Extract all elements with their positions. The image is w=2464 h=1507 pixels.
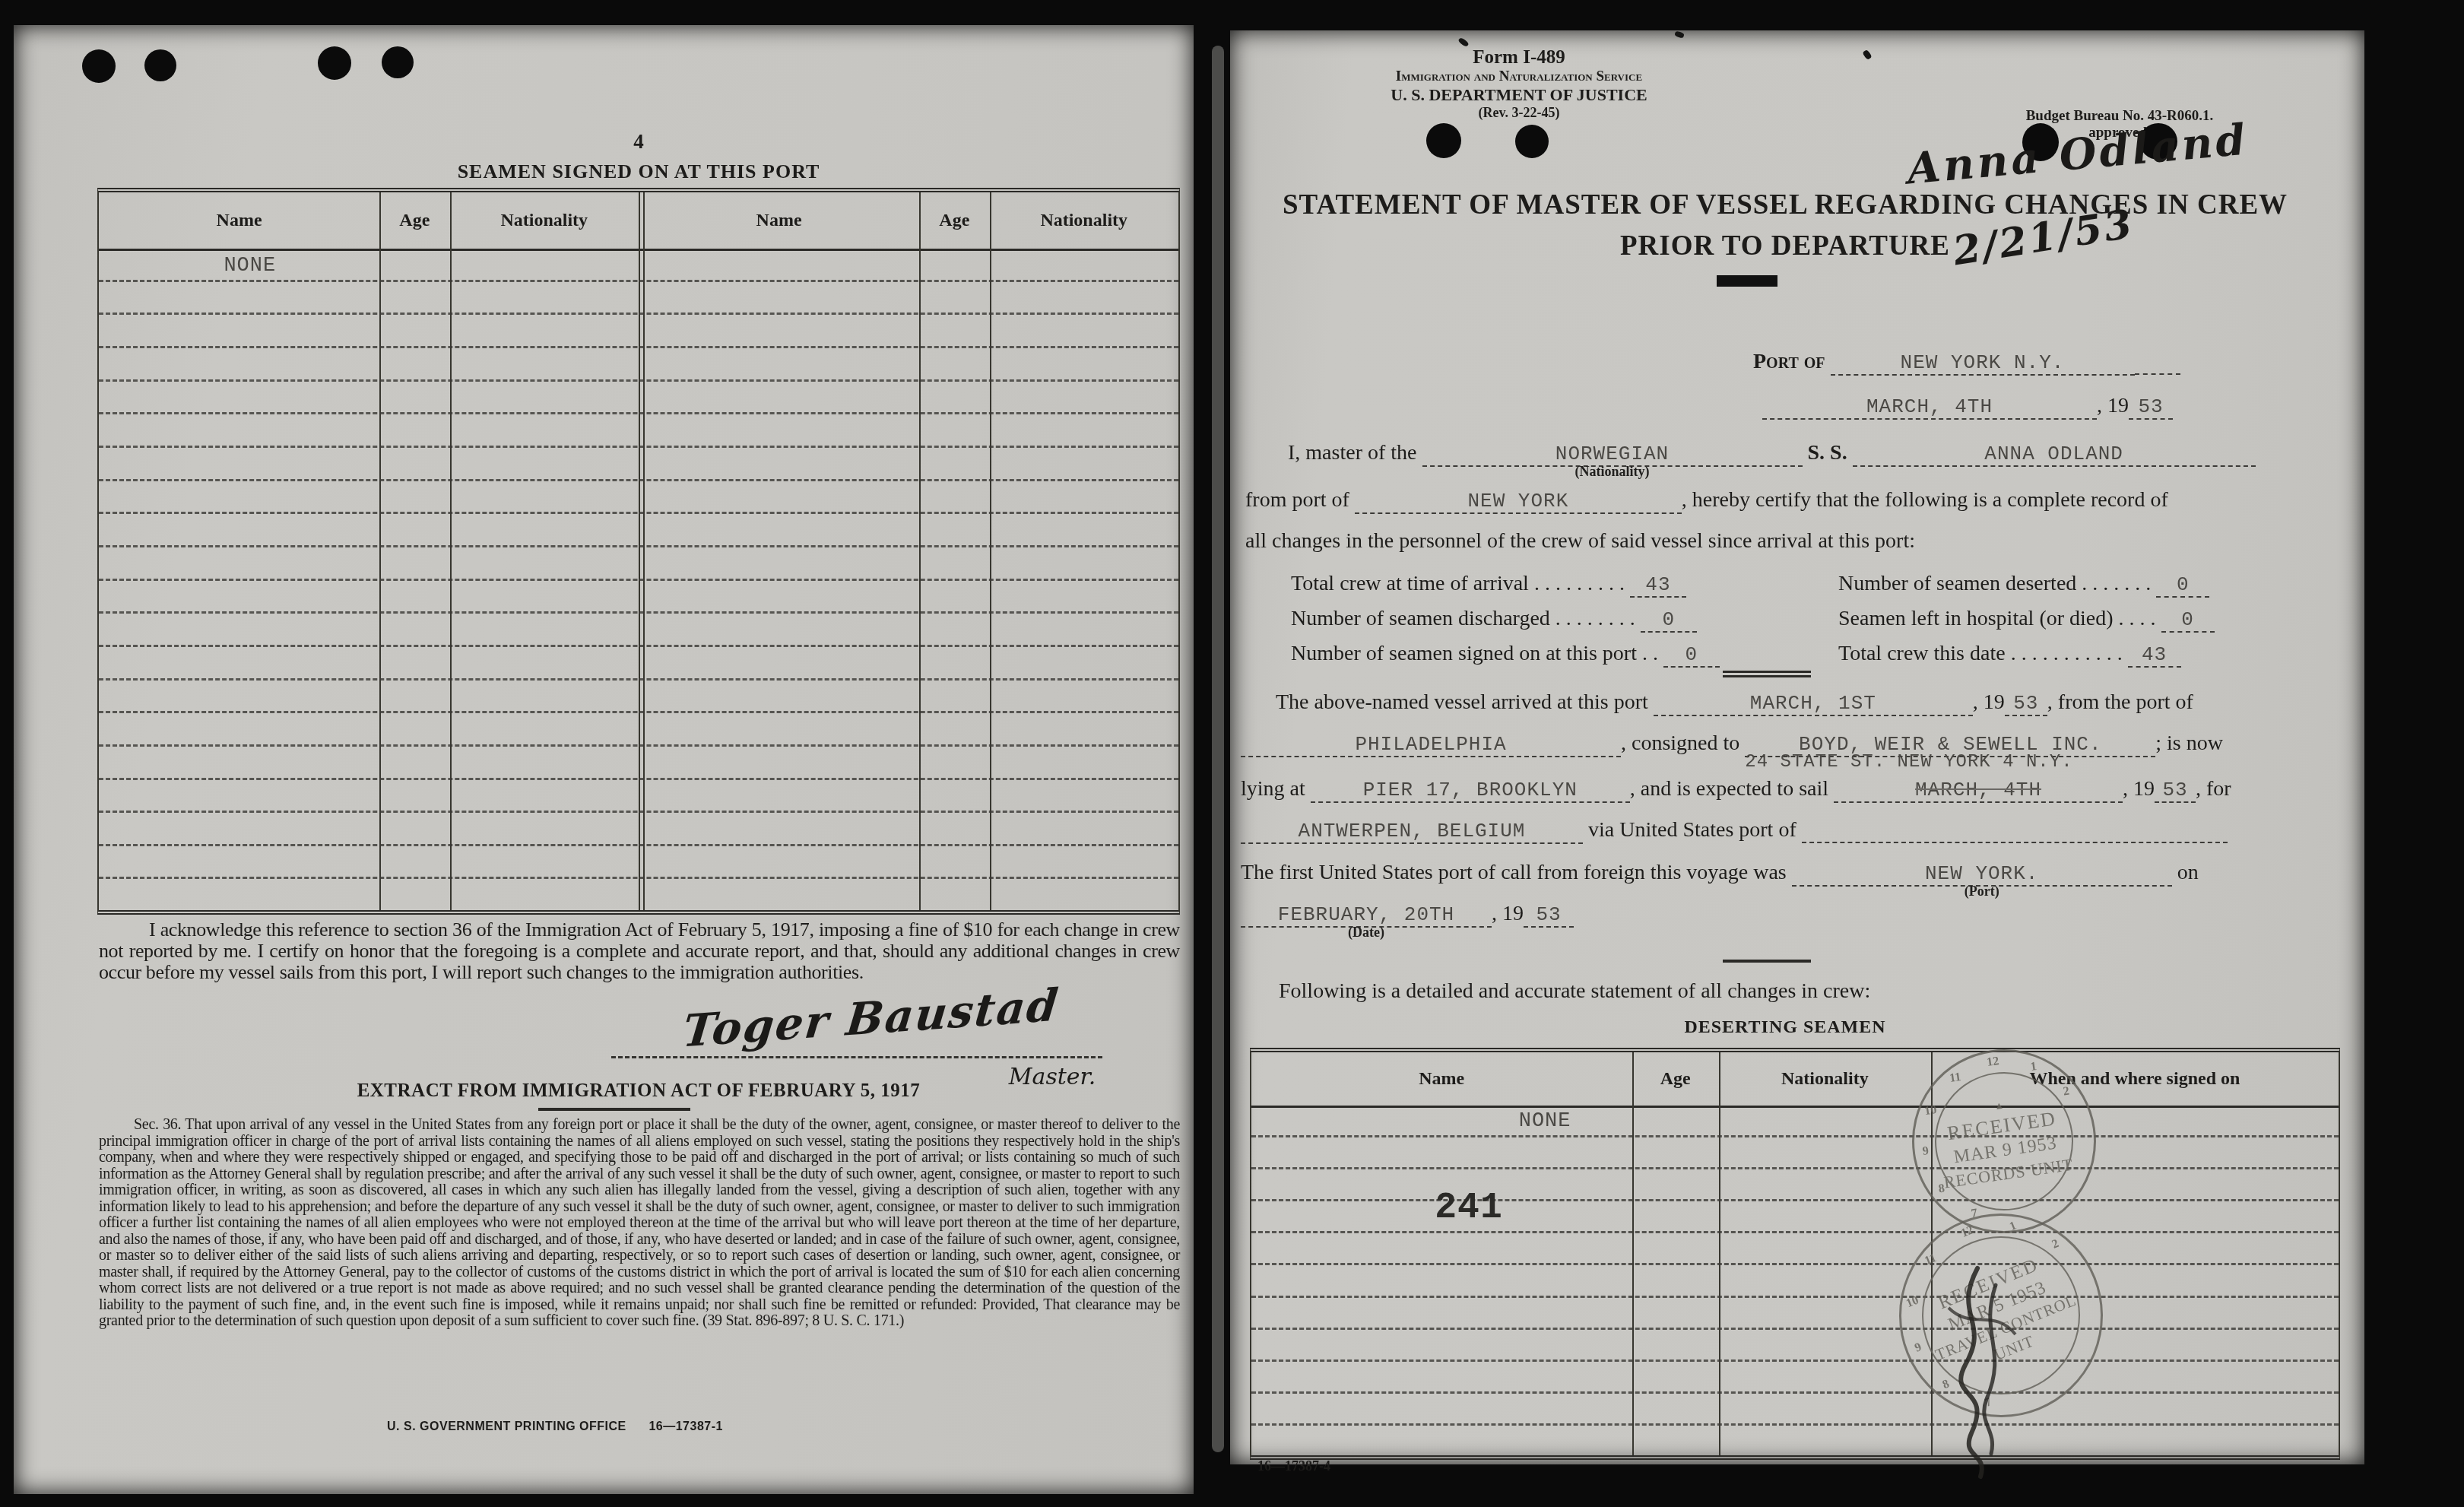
first-port-line2: FEBRUARY, 20TH(Date), 1953 (1241, 902, 1574, 928)
arrival-line3: lying at PIER 17, BROOKLYN, and is expec… (1241, 777, 2231, 803)
text: The above-named vessel arrived at this p… (1276, 690, 1648, 714)
page-edge (1212, 46, 1224, 1452)
table-row (1251, 1394, 2339, 1426)
column-header-nationality: Nationality (989, 211, 1178, 231)
master-line: I, master of the NORWEGIAN(Nationality) … (1288, 441, 2256, 467)
us-port-field (1802, 819, 2228, 843)
port-label: Port of (1753, 350, 1825, 373)
sec36-paragraph: Sec. 36. That upon arrival of any vessel… (99, 1117, 1180, 1330)
from-port-label: from port of (1245, 488, 1349, 512)
consignee-address: 24 STATE ST. NEW YORK 4 N.Y. (1745, 752, 2278, 773)
gpo-footer-number: 16—17387-1 (649, 1420, 723, 1433)
signature-line (611, 1056, 1102, 1058)
text: , for (2196, 777, 2231, 801)
lying-at-field: PIER 17, BROOKLYN (1311, 779, 1630, 803)
date-caption: (Date) (1348, 925, 1384, 941)
stat-value: 0 (2161, 608, 2215, 633)
stat-value: 0 (1641, 608, 1697, 633)
none-entry: NONE (163, 255, 336, 278)
text: , 19 (2123, 777, 2155, 801)
certify-text: , hereby certify that the following is a… (1682, 488, 2168, 512)
left-table-title: SEAMEN SIGNED ON AT THIS PORT (99, 160, 1178, 183)
consignee-fieldwrap: BOYD, WEIR & SEWELL INC.24 STATE ST. NEW… (1745, 731, 2155, 757)
column-header-age: Age (379, 211, 449, 231)
first-port-datewrap: FEBRUARY, 20TH(Date) (1241, 902, 1492, 928)
table-row (1251, 1233, 2339, 1265)
form-title-line1: STATEMENT OF MASTER OF VESSEL REGARDING … (1245, 189, 2325, 221)
text: , consigned to (1621, 731, 1739, 755)
form-footer-number: 16—17387-4 (1257, 1458, 1330, 1474)
table-row (99, 448, 1178, 481)
column-header-name: Name (99, 211, 379, 231)
inspector-initials-scribble (1918, 1262, 2047, 1483)
text: via United States port of (1588, 818, 1796, 842)
section-rule (1723, 960, 1811, 963)
arrival-year-field: 53 (2005, 692, 2047, 716)
section-rule (1723, 671, 1811, 677)
column-header-nationality: Nationality (449, 211, 639, 231)
stat-value: 0 (2156, 573, 2209, 598)
stat-discharged: Number of seamen discharged . . . . . . … (1291, 607, 1697, 633)
column-header-nationality: Nationality (1719, 1069, 1931, 1090)
first-port-fieldwrap: NEW YORK.(Port) (1792, 861, 2172, 887)
stat-value: 43 (1630, 573, 1686, 598)
column-header-age: Age (919, 211, 989, 231)
year-field: 53 (2129, 395, 2173, 420)
table-rows (99, 249, 1178, 910)
text: , and is expected to sail (1630, 777, 1828, 801)
punch-hole (382, 46, 414, 78)
stat-label: Number of seamen discharged (1291, 607, 1550, 630)
column-header-signed-on: When and where signed on (1931, 1069, 2339, 1090)
punch-hole (144, 49, 176, 81)
gpo-footer-office: U. S. GOVERNMENT PRINTING OFFICE (387, 1420, 626, 1433)
revision-note: (Rev. 3-22-45) (1261, 105, 1777, 121)
text: The first United States port of call fro… (1241, 861, 1787, 884)
table-row (99, 348, 1178, 382)
arrival-line2: PHILADELPHIA, consigned to BOYD, WEIR & … (1241, 731, 2223, 757)
stat-hospital: Seamen left in hospital (or died) . . . … (1838, 607, 2215, 633)
table-row (1251, 1265, 2339, 1297)
stat-total-date: Total crew this date . . . . . . . . . .… (1838, 642, 2181, 668)
ink-blot (1717, 275, 1777, 287)
form-number: Form I-489 (1261, 47, 1777, 68)
stat-deserted: Number of seamen deserted . . . . . . . … (1838, 572, 2209, 598)
text: on (2177, 861, 2199, 884)
table-row (1251, 1362, 2339, 1394)
table-row (99, 681, 1178, 714)
table-row (99, 382, 1178, 415)
seamen-signed-on-table: Name Age Nationality Name Age Nationalit… (97, 188, 1180, 915)
ink-speck (1457, 37, 1469, 48)
date-line: MARCH, 4TH, 1953 (1762, 394, 2173, 420)
form-header-block: Form I-489 Immigration and Naturalizatio… (1261, 47, 1777, 121)
page-count-entry: 241 (1393, 1188, 1545, 1229)
punch-hole (1515, 125, 1549, 158)
table-row (1251, 1298, 2339, 1330)
table-row (99, 747, 1178, 780)
nationality-fieldwrap: NORWEGIAN(Nationality) (1422, 441, 1803, 467)
arrival-line1: The above-named vessel arrived at this p… (1276, 690, 2193, 716)
stat-label: Total crew this date (1838, 642, 2006, 665)
table-row (99, 647, 1178, 681)
sail-year-field: 53 (2155, 779, 2196, 803)
table-row (99, 414, 1178, 448)
table-row (99, 282, 1178, 316)
first-port-line1: The first United States port of call fro… (1241, 861, 2199, 887)
stat-signed-on: Number of seamen signed on at this port … (1291, 642, 1720, 668)
dot-leader: . . . . (2119, 607, 2156, 630)
table-row (99, 846, 1178, 880)
stat-label: Total crew at time of arrival (1291, 572, 1529, 595)
arrival-date-field: MARCH, 1ST (1654, 692, 1973, 716)
text: , from the port of (2047, 690, 2193, 714)
table-row (99, 713, 1178, 747)
dot-leader: . . (1642, 642, 1658, 665)
master-signature: Toger Baustad (680, 979, 1062, 1057)
table-rows (1251, 1106, 2339, 1455)
nationality-caption: (Nationality) (1575, 464, 1650, 480)
stat-total-arrival: Total crew at time of arrival . . . . . … (1291, 572, 1686, 598)
agency-name: Immigration and Naturalization Service (1261, 68, 1777, 85)
dot-leader: . . . . . . . . . . . (2011, 642, 2123, 665)
table-row (1251, 1106, 2339, 1137)
following-line: Following is a detailed and accurate sta… (1279, 979, 1870, 1004)
text: , 19 (1492, 902, 1524, 925)
table-row (99, 514, 1178, 547)
master-intro: I, master of the (1288, 441, 1417, 465)
ink-speck (1862, 49, 1872, 60)
date-field: MARCH, 4TH (1762, 395, 2097, 420)
stat-value: 43 (2128, 643, 2181, 668)
table-row (99, 879, 1178, 910)
arrival-line4: ANTWERPEN, BELGIUM via United States por… (1241, 818, 2228, 844)
vessel-field: ANNA ODLAND (1853, 443, 2256, 467)
table-row (99, 581, 1178, 614)
dot-leader: . . . . . . . . (1555, 607, 1635, 630)
deserting-seamen-table: Name Age Nationality When and where sign… (1250, 1048, 2340, 1460)
table-row (99, 481, 1178, 515)
stat-label: Seamen left in hospital (or died) (1838, 607, 2114, 630)
dot-leader: . . . . . . . . . (1534, 572, 1625, 595)
table-row (99, 780, 1178, 814)
port-line: Port of NEW YORK N.Y. (1753, 350, 2180, 376)
punch-hole (1426, 123, 1461, 158)
acknowledgment-paragraph: I acknowledge this reference to section … (99, 919, 1180, 983)
table-row (99, 614, 1178, 647)
table-row (1251, 1137, 2339, 1169)
ss-label: S. S. (1808, 441, 1847, 465)
stat-label: Number of seamen signed on at this port (1291, 642, 1637, 665)
scanned-document-canvas: 4 SEAMEN SIGNED ON AT THIS PORT Name Age… (0, 0, 2464, 1507)
ink-speck (1674, 30, 1685, 39)
changes-line: all changes in the personnel of the crew… (1245, 529, 1915, 554)
table-header-row: Name Age Nationality When and where sign… (1251, 1052, 2339, 1108)
right-page: Form I-489 Immigration and Naturalizatio… (1230, 30, 2364, 1464)
destination-field: ANTWERPEN, BELGIUM (1241, 820, 1583, 844)
text: lying at (1241, 777, 1305, 801)
deserting-seamen-heading: DESERTING SEAMEN (1245, 1017, 2325, 1038)
table-row (99, 547, 1178, 581)
left-page: 4 SEAMEN SIGNED ON AT THIS PORT Name Age… (14, 25, 1194, 1494)
punch-hole (318, 46, 351, 80)
department-name: U. S. DEPARTMENT OF JUSTICE (1261, 85, 1777, 105)
none-entry: NONE (1469, 1110, 1621, 1133)
table-row (1251, 1426, 2339, 1455)
first-port-year-field: 53 (1524, 903, 1574, 928)
column-header-name: Name (1251, 1069, 1632, 1090)
from-port-field: NEW YORK (1355, 490, 1682, 514)
stat-label: Number of seamen deserted (1838, 572, 2076, 595)
from-port-line: from port of NEW YORK, hereby certify th… (1245, 488, 2168, 514)
punch-hole (82, 49, 116, 83)
from-port-of-field: PHILADELPHIA (1241, 733, 1621, 757)
page-number: 4 (99, 130, 1178, 154)
stat-value: 0 (1663, 643, 1720, 668)
table-row (99, 813, 1178, 846)
table-row (1251, 1330, 2339, 1362)
port-caption: (Port) (1965, 884, 1999, 899)
port-field: NEW YORK N.Y. (1831, 351, 2135, 376)
extract-heading: EXTRACT FROM IMMIGRATION ACT OF FEBRUARY… (99, 1080, 1178, 1102)
column-header-name: Name (639, 211, 919, 231)
gpo-footer: U. S. GOVERNMENT PRINTING OFFICE 16—1738… (99, 1420, 1011, 1434)
section-rule (538, 1108, 690, 1111)
text: , 19 (1973, 690, 2005, 714)
dot-leader: . . . . . . . (2082, 572, 2151, 595)
sail-date-field: MARCH, 4TH (1834, 779, 2123, 803)
table-row (99, 315, 1178, 348)
form-title-line2: PRIOR TO DEPARTURE (1245, 230, 2325, 262)
year-prefix: , 19 (2097, 394, 2129, 417)
column-header-age: Age (1632, 1069, 1719, 1090)
